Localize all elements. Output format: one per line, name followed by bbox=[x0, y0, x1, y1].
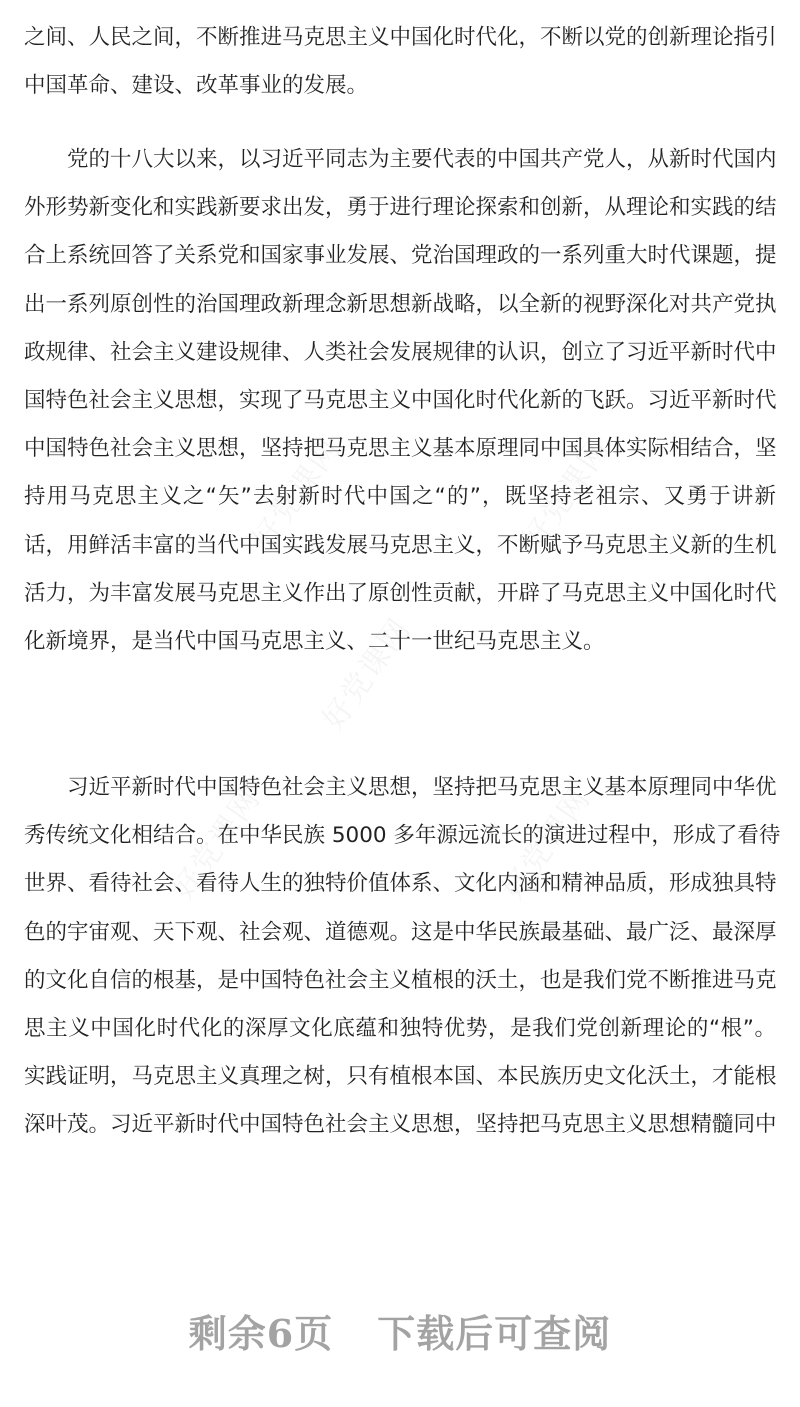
text-line: 的文化自信的根基，是中国特色社会主义植根的沃土，也是我们党不断推进马克 bbox=[24, 957, 776, 1005]
text-line: 深叶茂。习近平新时代中国特色社会主义思想，坚持把马克思主义思想精髓同中 bbox=[24, 1101, 776, 1149]
text-line: 话，用鲜活丰富的当代中国实践发展马克思主义，不断赋予马克思主义新的生机 bbox=[24, 522, 776, 570]
text-line: 出一系列原创性的治国理政新理念新思想新战略，以全新的视野深化对共产党执 bbox=[24, 281, 776, 329]
text-line: 秀传统文化相结合。在中华民族 5000 多年源远流长的演进过程中，形成了看待 bbox=[24, 812, 776, 860]
text-line: 合上系统回答了关系党和国家事业发展、党治国理政的一系列重大时代课题，提 bbox=[24, 232, 776, 280]
text-line: 中国特色社会主义思想，坚持把马克思主义基本原理同中国具体实际相结合，坚 bbox=[24, 425, 776, 473]
text-line: 政规律、社会主义建设规律、人类社会发展规律的认识，创立了习近平新时代中 bbox=[24, 329, 776, 377]
text-line: 习近平新时代中国特色社会主义思想，坚持把马克思主义基本原理同中华优 bbox=[24, 764, 776, 812]
text-line: 持用马克思主义之“矢”去射新时代中国之“的”，既坚持老祖宗、又勇于讲新 bbox=[24, 473, 776, 521]
remaining-pages-label: 剩余6页 bbox=[189, 1311, 333, 1356]
text-line: 中国革命、建设、改革事业的发展。 bbox=[24, 62, 776, 110]
download-to-view-label: 下载后可查阅 bbox=[377, 1311, 611, 1356]
text-line: 国特色社会主义思想，实现了马克思主义中国化时代化新的飞跃。习近平新时代 bbox=[24, 377, 776, 425]
text-line: 外形势新变化和实践新要求出发，勇于进行理论探索和创新，从理论和实践的结 bbox=[24, 184, 776, 232]
remaining-pages-notice[interactable]: 剩余6页下载后可查阅 bbox=[0, 1303, 800, 1358]
text-line: 党的十八大以来，以习近平同志为主要代表的中国共产党人，从新时代国内 bbox=[24, 136, 776, 184]
text-line: 实践证明，马克思主义真理之树，只有植根本国、本民族历史文化沃土，才能根 bbox=[24, 1053, 776, 1101]
paragraph-2: 党的十八大以来，以习近平同志为主要代表的中国共产党人，从新时代国内 外形势新变化… bbox=[24, 136, 776, 666]
text-line: 之间、人民之间，不断推进马克思主义中国化时代化，不断以党的创新理论指引 bbox=[24, 14, 776, 62]
paragraph-1: 之间、人民之间，不断推进马克思主义中国化时代化，不断以党的创新理论指引 中国革命… bbox=[24, 14, 776, 110]
text-line: 活力，为丰富发展马克思主义作出了原创性贡献，开辟了马克思主义中国化时代 bbox=[24, 570, 776, 618]
text-line: 思主义中国化时代化的深厚文化底蕴和独特优势，是我们党创新理论的“根”。 bbox=[24, 1005, 776, 1053]
text-line: 色的宇宙观、天下观、社会观、道德观。这是中华民族最基础、最广泛、最深厚 bbox=[24, 909, 776, 957]
paragraph-3: 习近平新时代中国特色社会主义思想，坚持把马克思主义基本原理同中华优 秀传统文化相… bbox=[24, 764, 776, 1150]
text-line: 世界、看待社会、看待人生的独特价值体系、文化内涵和精神品质，形成独具特 bbox=[24, 860, 776, 908]
text-line: 化新境界，是当代中国马克思主义、二十一世纪马克思主义。 bbox=[24, 618, 776, 666]
